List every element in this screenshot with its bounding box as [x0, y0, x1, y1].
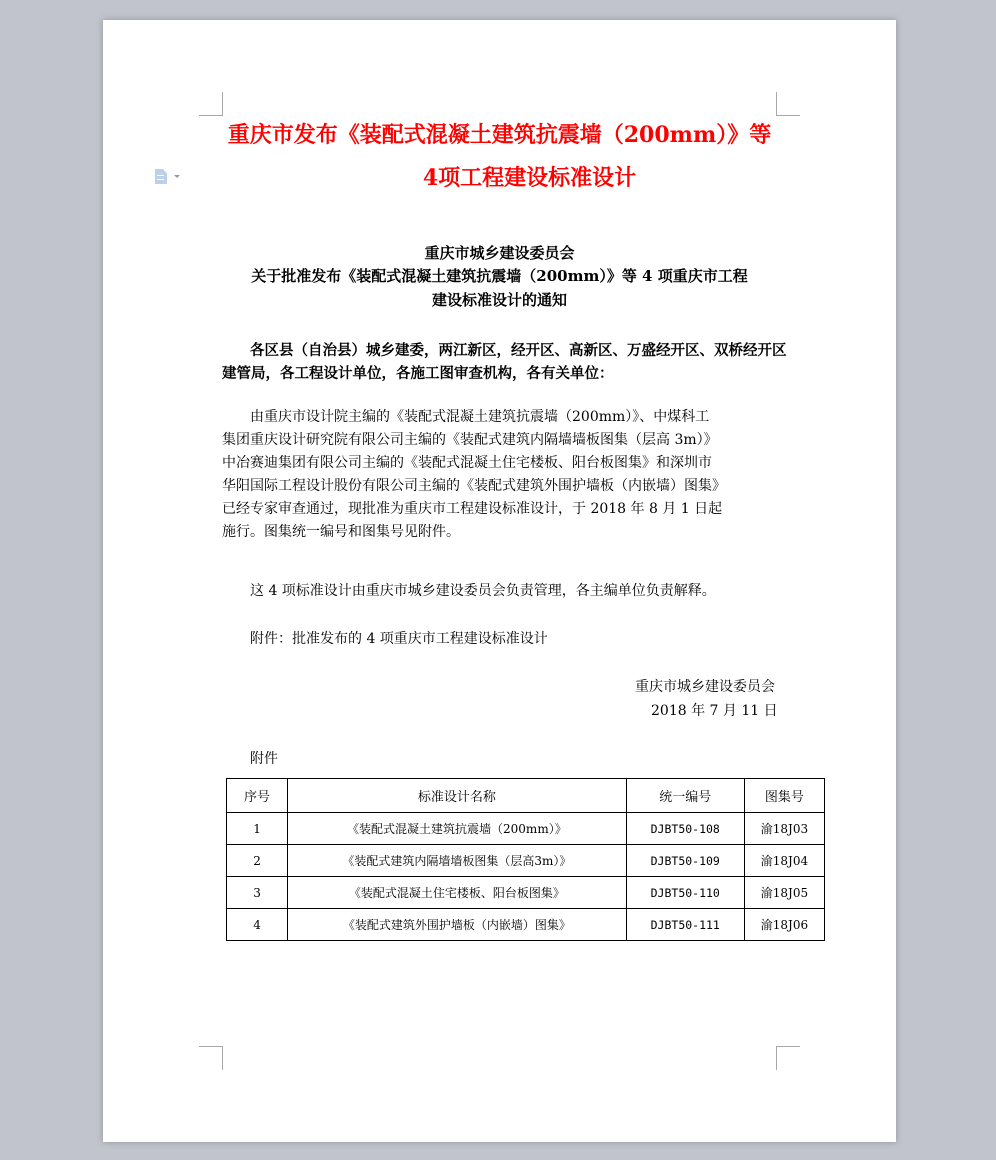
document-title-line-1: 重庆市发布《装配式混凝土建筑抗震墙（200mm）》等 [203, 120, 796, 150]
addressee-line: 建管局，各工程设计单位，各施工图审查机构，各有关单位： [222, 362, 782, 385]
addressee-paragraph: 各区县（自治县）城乡建委，两江新区，经开区、高新区、万盛经开区、双桥经开区 建管… [222, 339, 782, 385]
margin-corner-mark-bottom-right [776, 1046, 800, 1070]
attachment-label: 附件 [250, 748, 278, 771]
body-line: 华阳国际工程设计股份有限公司主编的《装配式建筑外围护墙板（内嵌墙）图集》 [222, 475, 782, 498]
caret-down-icon[interactable] [174, 175, 180, 178]
body-line: 集团重庆设计研究院有限公司主编的《装配式建筑内隔墙墙板图集（层高 3m）》 [222, 429, 782, 452]
cell-unified-code: DJBT50-109 [626, 845, 744, 877]
table-row: 2 《装配式建筑内隔墙墙板图集（层高3m）》 DJBT50-109 渝18J04 [227, 845, 825, 877]
cell-serial-no: 2 [227, 845, 288, 877]
document-page: 重庆市发布《装配式混凝土建筑抗震墙（200mm）》等 4项工程建设标准设计 重庆… [103, 20, 896, 1142]
document-paste-options-icon[interactable] [155, 169, 167, 184]
body-line: 已经专家审查通过，现批准为重庆市工程建设标准设计，于 2018 年 8 月 1 … [222, 498, 782, 521]
header-unified-code: 统一编号 [626, 779, 744, 813]
cell-atlas-no: 渝18J04 [744, 845, 824, 877]
notice-heading-issuer: 重庆市城乡建设委员会 [203, 242, 796, 265]
body-line: 由重庆市设计院主编的《装配式混凝土建筑抗震墙（200mm）》、中煤科工 [222, 406, 782, 429]
table-row: 3 《装配式混凝土住宅楼板、阳台板图集》 DJBT50-110 渝18J05 [227, 877, 825, 909]
cell-standard-name: 《装配式建筑外围护墙板（内嵌墙）图集》 [288, 909, 627, 941]
header-standard-name: 标准设计名称 [288, 779, 627, 813]
management-line: 这 4 项标准设计由重庆市城乡建设委员会负责管理，各主编单位负责解释。 [222, 580, 782, 603]
body-line: 中冶赛迪集团有限公司主编的《装配式混凝土住宅楼板、阳台板图集》和深圳市 [222, 452, 782, 475]
header-serial-no: 序号 [227, 779, 288, 813]
cell-serial-no: 4 [227, 909, 288, 941]
notice-heading-subject-cont: 建设标准设计的通知 [203, 289, 796, 312]
cell-atlas-no: 渝18J03 [744, 813, 824, 845]
body-paragraph: 由重庆市设计院主编的《装配式混凝土建筑抗震墙（200mm）》、中煤科工 集团重庆… [222, 406, 782, 544]
notice-heading-subject: 关于批准发布《装配式混凝土建筑抗震墙（200mm）》等 4 项重庆市工程 [203, 265, 796, 288]
attachment-note-line: 附件：批准发布的 4 项重庆市工程建设标准设计 [222, 628, 782, 651]
signature-organization: 重庆市城乡建设委员会 [635, 676, 775, 699]
cell-standard-name: 《装配式混凝土建筑抗震墙（200mm）》 [288, 813, 627, 845]
cell-serial-no: 1 [227, 813, 288, 845]
cell-atlas-no: 渝18J06 [744, 909, 824, 941]
addressee-line: 各区县（自治县）城乡建委，两江新区，经开区、高新区、万盛经开区、双桥经开区 [222, 339, 782, 362]
margin-corner-mark-top-right [776, 92, 800, 116]
margin-corner-mark-top-left [199, 92, 223, 116]
table-row: 1 《装配式混凝土建筑抗震墙（200mm）》 DJBT50-108 渝18J03 [227, 813, 825, 845]
body-line: 施行。图集统一编号和图集号见附件。 [222, 521, 782, 544]
cell-unified-code: DJBT50-111 [626, 909, 744, 941]
cell-serial-no: 3 [227, 877, 288, 909]
table-header-row: 序号 标准设计名称 统一编号 图集号 [227, 779, 825, 813]
cell-standard-name: 《装配式建筑内隔墙墙板图集（层高3m）》 [288, 845, 627, 877]
margin-corner-mark-bottom-left [199, 1046, 223, 1070]
cell-atlas-no: 渝18J05 [744, 877, 824, 909]
header-atlas-no: 图集号 [744, 779, 824, 813]
cell-unified-code: DJBT50-110 [626, 877, 744, 909]
attachment-note: 附件：批准发布的 4 项重庆市工程建设标准设计 [222, 628, 782, 651]
standards-table: 序号 标准设计名称 统一编号 图集号 1 《装配式混凝土建筑抗震墙（200mm）… [226, 778, 825, 941]
management-paragraph: 这 4 项标准设计由重庆市城乡建设委员会负责管理，各主编单位负责解释。 [222, 580, 782, 603]
cell-unified-code: DJBT50-108 [626, 813, 744, 845]
document-title-line-2: 4项工程建设标准设计 [233, 163, 826, 193]
cell-standard-name: 《装配式混凝土住宅楼板、阳台板图集》 [288, 877, 627, 909]
signature-date: 2018 年 7 月 11 日 [651, 700, 778, 723]
table-row: 4 《装配式建筑外围护墙板（内嵌墙）图集》 DJBT50-111 渝18J06 [227, 909, 825, 941]
